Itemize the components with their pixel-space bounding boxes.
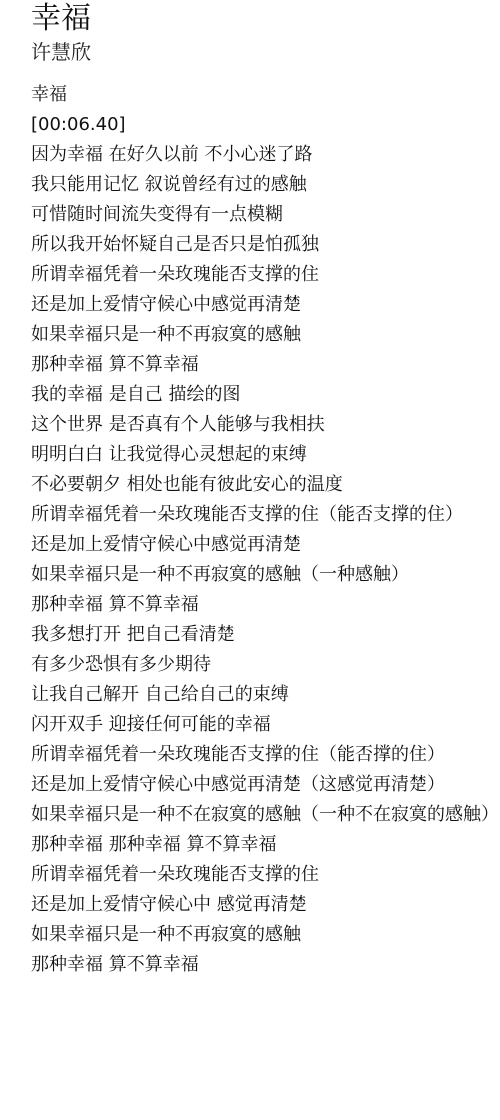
- lyric-line: 有多少恐惧有多少期待: [31, 650, 500, 680]
- lyric-line: 那种幸福 算不算幸福: [31, 590, 500, 620]
- lyric-line: 不必要朝夕 相处也能有彼此安心的温度: [31, 470, 500, 500]
- lyrics-page: 幸福 许慧欣 幸福 [00:06.40] 因为幸福 在好久以前 不小心迷了路 我…: [0, 0, 500, 980]
- lyric-line: 因为幸福 在好久以前 不小心迷了路: [31, 140, 500, 170]
- lyric-line: 我只能用记忆 叙说曾经有过的感触: [31, 170, 500, 200]
- lyric-line: 如果幸福只是一种不再寂寞的感触: [31, 320, 500, 350]
- song-title: 幸福: [31, 0, 500, 38]
- lyrics-body: 幸福 [00:06.40] 因为幸福 在好久以前 不小心迷了路 我只能用记忆 叙…: [31, 80, 500, 980]
- lyric-line: 这个世界 是否真有个人能够与我相扶: [31, 410, 500, 440]
- lyric-line: 所谓幸福凭着一朵玫瑰能否支撑的住: [31, 260, 500, 290]
- lyric-line: 还是加上爱情守候心中 感觉再清楚: [31, 890, 500, 920]
- lyric-line: 可惜随时间流失变得有一点模糊: [31, 200, 500, 230]
- lyric-timestamp: [00:06.40]: [31, 110, 500, 140]
- lyric-line: 还是加上爱情守候心中感觉再清楚: [31, 290, 500, 320]
- lyric-line: 所谓幸福凭着一朵玫瑰能否支撑的住（能否支撑的住）: [31, 500, 500, 530]
- lyric-line: 我的幸福 是自己 描绘的图: [31, 380, 500, 410]
- lyric-line: 如果幸福只是一种不再寂寞的感触（一种感触）: [31, 560, 500, 590]
- lyric-line: 闪开双手 迎接任何可能的幸福: [31, 710, 500, 740]
- artist-name: 许慧欣: [31, 39, 500, 65]
- lyric-line: 还是加上爱情守候心中感觉再清楚: [31, 530, 500, 560]
- lyric-line: 所以我开始怀疑自己是否只是怕孤独: [31, 230, 500, 260]
- lyric-line: 那种幸福 算不算幸福: [31, 350, 500, 380]
- lyric-line: 让我自己解开 自己给自己的束缚: [31, 680, 500, 710]
- lyric-line: 所谓幸福凭着一朵玫瑰能否支撑的住: [31, 860, 500, 890]
- lyric-line: 如果幸福只是一种不再寂寞的感触: [31, 920, 500, 950]
- lyric-line: 那种幸福 那种幸福 算不算幸福: [31, 830, 500, 860]
- lyric-line: 那种幸福 算不算幸福: [31, 950, 500, 980]
- lyric-line: 还是加上爱情守候心中感觉再清楚（这感觉再清楚）: [31, 770, 500, 800]
- lyric-line: 明明白白 让我觉得心灵想起的束缚: [31, 440, 500, 470]
- lyric-line: 所谓幸福凭着一朵玫瑰能否支撑的住（能否撑的住）: [31, 740, 500, 770]
- lyric-line: 我多想打开 把自己看清楚: [31, 620, 500, 650]
- lyric-line: 如果幸福只是一种不在寂寞的感触（一种不在寂寞的感触）: [31, 800, 500, 830]
- lyric-line: 幸福: [31, 80, 500, 110]
